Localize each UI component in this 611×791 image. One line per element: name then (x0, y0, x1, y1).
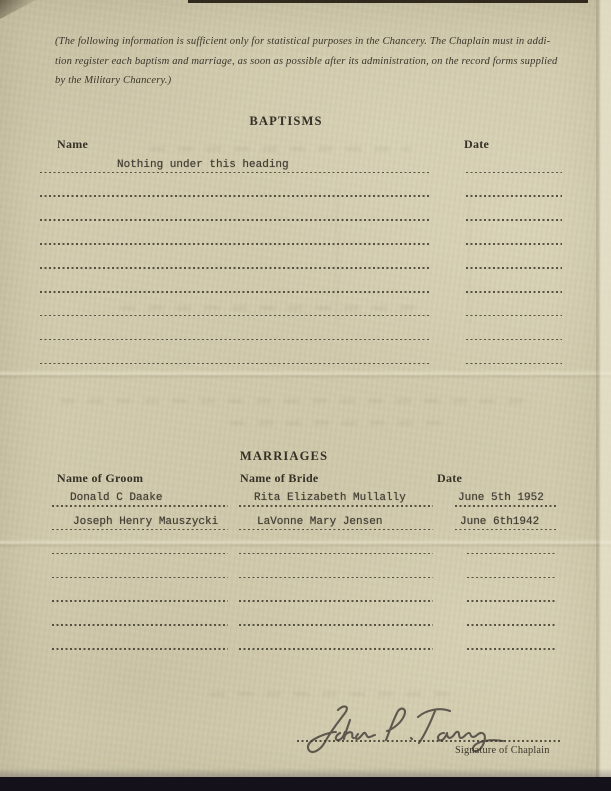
scan-edge-bottom-shadow (0, 768, 611, 777)
groom-line (52, 505, 228, 507)
marriage-date-entry: June 5th 1952 (458, 492, 544, 504)
notice-line-3: by the Military Chancery.) (55, 71, 567, 91)
signature-caption: Signature of Chaplain (455, 745, 550, 756)
bleed-through-smudge (230, 421, 450, 425)
baptism-name-line (40, 267, 430, 269)
baptism-date-line (466, 195, 562, 197)
baptisms-date-column-header: Date (464, 137, 489, 152)
bleed-through-line (336, 190, 338, 325)
bride-line (239, 529, 433, 531)
bride-line (239, 600, 433, 602)
notice-line-1: (The following information is sufficient… (55, 32, 567, 52)
bride-line (239, 505, 433, 507)
bride-column-header: Name of Bride (240, 471, 319, 486)
baptisms-name-column-header: Name (57, 137, 88, 152)
marriages-date-column-header: Date (437, 471, 462, 486)
groom-line (52, 624, 228, 626)
baptism-name-line (40, 363, 430, 365)
baptism-date-line (466, 315, 562, 317)
signature-line (297, 740, 562, 742)
marriage-date-line (467, 624, 556, 626)
baptism-name-line (40, 172, 430, 174)
paper-crease (0, 370, 611, 379)
bleed-through-smudge (60, 399, 530, 403)
bleed-through-smudge (210, 692, 450, 696)
page-right-edge (596, 0, 611, 791)
baptism-date-line (466, 291, 562, 293)
baptism-date-line (466, 243, 562, 245)
groom-line (52, 529, 228, 531)
groom-line (52, 553, 228, 555)
groom-line (52, 600, 228, 602)
baptism-name-line (40, 243, 430, 245)
baptism-name-line (40, 339, 430, 341)
baptism-name-line (40, 195, 430, 197)
bride-line (239, 648, 433, 650)
bleed-through-line (468, 190, 470, 325)
baptism-name-entry: Nothing under this heading (117, 159, 289, 171)
marriage-date-line (467, 577, 556, 579)
bride-entry: Rita Elizabeth Mullally (254, 492, 406, 504)
baptism-name-line (40, 315, 430, 317)
marriage-date-line (455, 505, 558, 507)
bride-entry: LaVonne Mary Jensen (257, 516, 382, 528)
marriage-date-line (455, 529, 558, 531)
scan-edge-bottom (0, 777, 611, 791)
baptism-date-line (466, 363, 562, 365)
baptism-date-line (466, 267, 562, 269)
bleed-through-smudge (120, 306, 420, 310)
document-page: (The following information is sufficient… (0, 0, 611, 791)
groom-column-header: Name of Groom (57, 471, 143, 486)
marriages-title: MARRIAGES (240, 449, 328, 464)
groom-line (52, 577, 228, 579)
bleed-through-smudge (150, 147, 410, 151)
baptism-date-line (466, 219, 562, 221)
bride-line (239, 553, 433, 555)
bride-line (239, 577, 433, 579)
baptism-name-line (40, 219, 430, 221)
chancery-notice: (The following information is sufficient… (55, 32, 567, 91)
marriage-date-line (467, 648, 556, 650)
baptism-name-line (40, 291, 430, 293)
groom-entry: Joseph Henry Mauszycki (73, 516, 218, 528)
marriage-date-entry: June 6th1942 (460, 516, 539, 528)
paper-crease (0, 539, 611, 548)
notice-line-2: tion register each baptism and marriage,… (55, 52, 567, 72)
bride-line (239, 624, 433, 626)
baptism-date-line (466, 339, 562, 341)
scan-edge-top (188, 0, 588, 3)
groom-line (52, 648, 228, 650)
baptism-date-line (466, 172, 562, 174)
groom-entry: Donald C Daake (70, 492, 162, 504)
marriage-date-line (467, 600, 556, 602)
baptisms-title: BAPTISMS (249, 114, 322, 129)
marriage-date-line (467, 553, 556, 555)
corner-fold-mark (0, 0, 36, 19)
